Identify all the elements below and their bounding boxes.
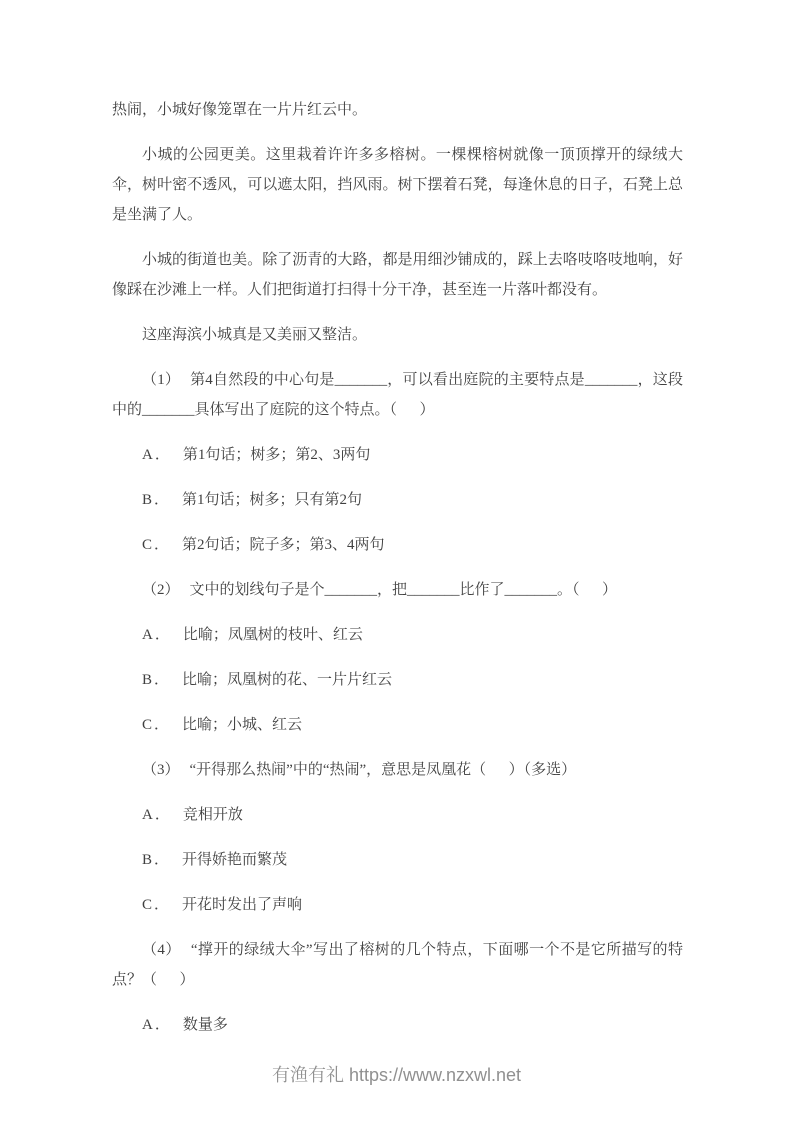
passage-paragraph-summary: 这座海滨小城真是又美丽又整洁。 [112,320,683,350]
question-3-option-a: A．竞相开放 [112,800,683,830]
question-3: （3）“开得那么热闹”中的“热闹”，意思是凤凰花（ ）（多选） [112,755,683,785]
question-2: （2）文中的划线句子是个_______，把_______比作了_______。（… [112,575,683,605]
passage-paragraph-continuation: 热闹，小城好像笼罩在一片片红云中。 [112,95,683,125]
question-4-text: “撑开的绿绒大伞”写出了榕树的几个特点，下面哪一个不是它所描写的特点？（ ） [112,942,683,988]
option-text: 竞相开放 [183,807,243,823]
question-1-option-c: C．第2句话；院子多；第3、4两句 [112,530,683,560]
question-3-option-b: B．开得娇艳而繁茂 [112,845,683,875]
question-2-option-c: C．比喻；小城、红云 [112,710,683,740]
question-2-number: （2） [142,582,180,598]
worksheet-content: 热闹，小城好像笼罩在一片片红云中。 小城的公园更美。这里栽着许许多多榕树。一棵棵… [0,0,793,1040]
question-1-number: （1） [142,372,180,388]
question-3-text: “开得那么热闹”中的“热闹”，意思是凤凰花（ ）（多选） [190,762,577,778]
option-text: 开花时发出了声响 [182,897,302,913]
option-letter: C． [142,897,171,913]
question-2-option-a: A．比喻；凤凰树的枝叶、红云 [112,620,683,650]
question-1-text: 第4自然段的中心句是_______，可以看出庭院的主要特点是_______，这段… [112,372,683,418]
option-letter: B． [142,492,171,508]
question-2-text: 文中的划线句子是个_______，把_______比作了_______。（ ） [190,582,618,598]
option-text: 第1句话；树多；只有第2句 [182,492,362,508]
footer-watermark: 有渔有礼 https://www.nzxwl.net [0,1062,793,1088]
option-letter: A． [142,1017,172,1033]
option-text: 比喻；凤凰树的花、一片片红云 [182,672,392,688]
question-4-number: （4） [142,942,181,958]
question-1-option-b: B．第1句话；树多；只有第2句 [112,485,683,515]
question-2-option-b: B．比喻；凤凰树的花、一片片红云 [112,665,683,695]
option-text: 开得娇艳而繁茂 [182,852,287,868]
question-4-option-a: A．数量多 [112,1010,683,1040]
question-1-option-a: A．第1句话；树多；第2、3两句 [112,440,683,470]
option-text: 比喻；小城、红云 [182,717,302,733]
option-letter: A． [142,807,172,823]
question-3-option-c: C．开花时发出了声响 [112,890,683,920]
question-4: （4）“撑开的绿绒大伞”写出了榕树的几个特点，下面哪一个不是它所描写的特点？（ … [112,935,683,995]
passage-paragraph-streets: 小城的街道也美。除了沥青的大路，都是用细沙铺成的，踩上去咯吱咯吱地响，好像踩在沙… [112,245,683,305]
footer-watermark-text: 有渔有礼 https://www.nzxwl.net [272,1065,521,1085]
option-letter: A． [142,447,172,463]
question-1: （1）第4自然段的中心句是_______，可以看出庭院的主要特点是_______… [112,365,683,425]
option-letter: B． [142,852,171,868]
option-letter: C． [142,537,171,553]
option-letter: C． [142,717,171,733]
option-text: 数量多 [183,1017,228,1033]
passage-paragraph-park: 小城的公园更美。这里栽着许许多多榕树。一棵棵榕树就像一顶顶撑开的绿绒大伞，树叶密… [112,140,683,230]
question-3-number: （3） [142,762,180,778]
option-text: 第1句话；树多；第2、3两句 [183,447,371,463]
option-letter: A． [142,627,172,643]
option-letter: B． [142,672,171,688]
option-text: 第2句话；院子多；第3、4两句 [182,537,385,553]
option-text: 比喻；凤凰树的枝叶、红云 [183,627,363,643]
